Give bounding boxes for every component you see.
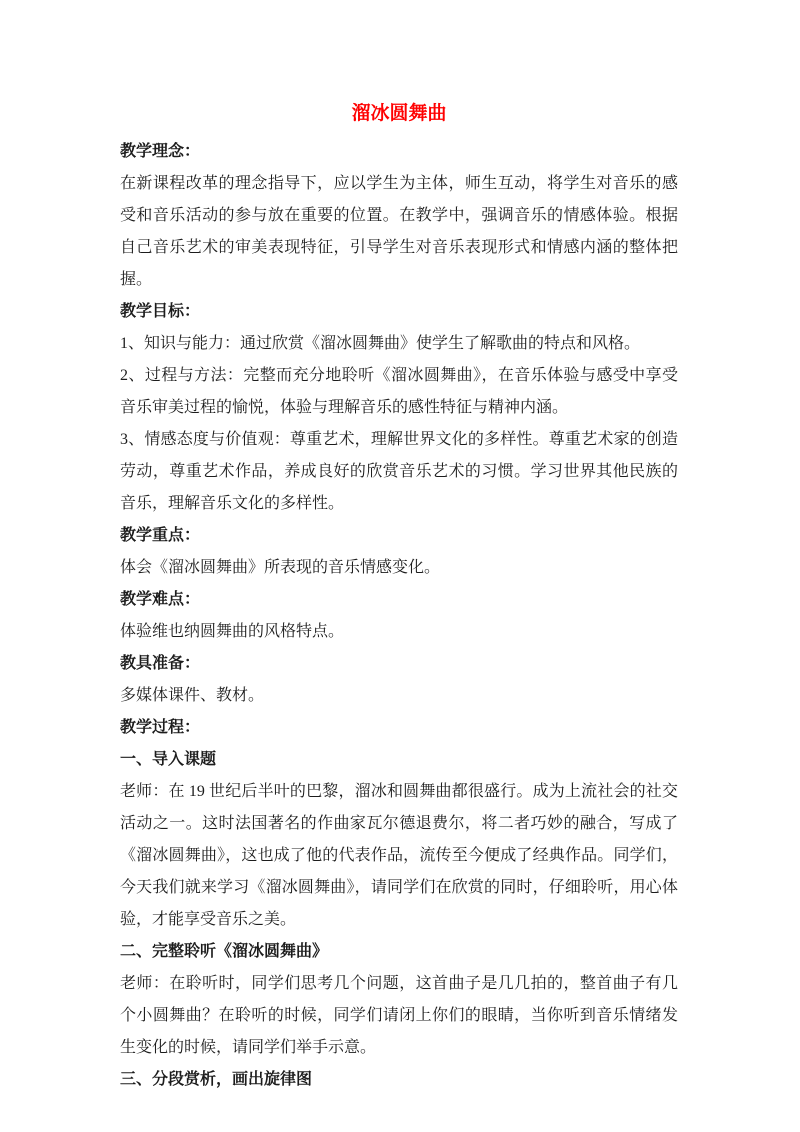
document-title: 溜冰圆舞曲 bbox=[120, 100, 678, 128]
section-heading: 教学重点： bbox=[120, 520, 678, 552]
section-paragraph: 老师：在聆听时，同学们思考几个问题，这首曲子是几几拍的，整首曲子有几个小圆舞曲？… bbox=[120, 968, 678, 1064]
section-paragraph: 体验维也纳圆舞曲的风格特点。 bbox=[120, 616, 678, 648]
document-page: 溜冰圆舞曲 教学理念：在新课程改革的理念指导下，应以学生为主体，师生互动，将学生… bbox=[0, 0, 800, 1132]
section-paragraph: 体会《溜冰圆舞曲》所表现的音乐情感变化。 bbox=[120, 552, 678, 584]
section-heading: 教学难点： bbox=[120, 584, 678, 616]
section-paragraph: 老师：在 19 世纪后半叶的巴黎，溜冰和圆舞曲都很盛行。成为上流社会的社交活动之… bbox=[120, 776, 678, 936]
section-heading: 教具准备： bbox=[120, 648, 678, 680]
section-heading: 一、导入课题 bbox=[120, 744, 678, 776]
section-heading: 三、分段赏析，画出旋律图 bbox=[120, 1064, 678, 1096]
document-body: 教学理念：在新课程改革的理念指导下，应以学生为主体，师生互动，将学生对音乐的感受… bbox=[120, 136, 678, 1096]
section-paragraph: 1、知识与能力：通过欣赏《溜冰圆舞曲》使学生了解歌曲的特点和风格。 bbox=[120, 328, 678, 360]
section-heading: 教学过程： bbox=[120, 712, 678, 744]
section-paragraph: 3、情感态度与价值观：尊重艺术，理解世界文化的多样性。尊重艺术家的创造劳动，尊重… bbox=[120, 424, 678, 520]
section-paragraph: 在新课程改革的理念指导下，应以学生为主体，师生互动，将学生对音乐的感受和音乐活动… bbox=[120, 168, 678, 296]
section-heading: 教学目标： bbox=[120, 296, 678, 328]
section-heading: 二、完整聆听《溜冰圆舞曲》 bbox=[120, 936, 678, 968]
section-paragraph: 2、过程与方法：完整而充分地聆听《溜冰圆舞曲》，在音乐体验与感受中享受音乐审美过… bbox=[120, 360, 678, 424]
section-paragraph: 多媒体课件、教材。 bbox=[120, 680, 678, 712]
section-heading: 教学理念： bbox=[120, 136, 678, 168]
